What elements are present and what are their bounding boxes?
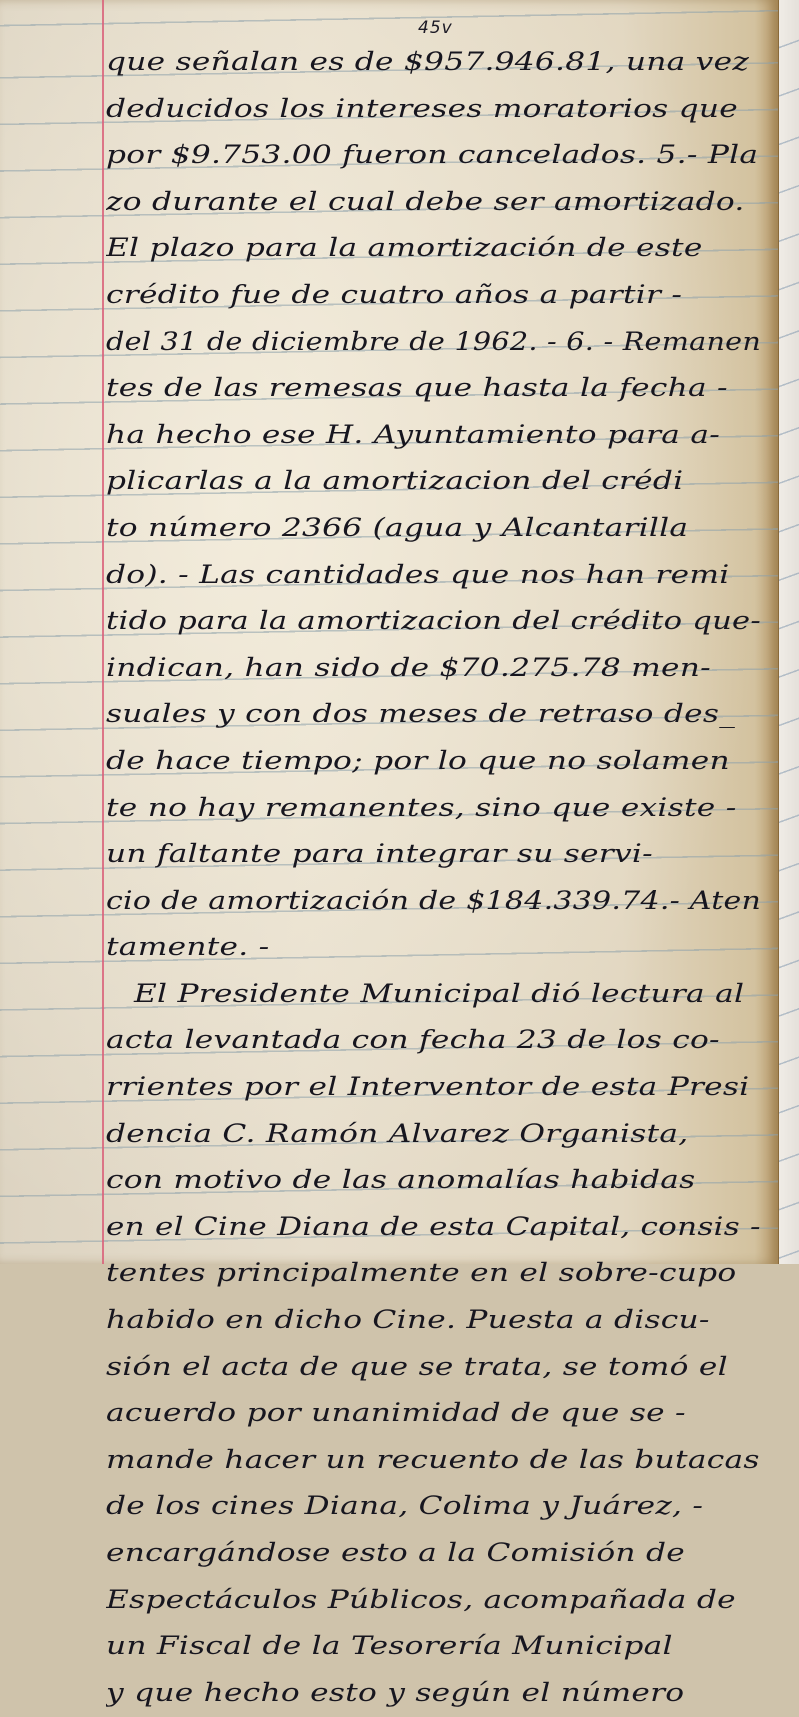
- ledger-page: 45v que señalan es de $957.946.81, una v…: [0, 0, 778, 1264]
- page-number: 45v: [418, 18, 453, 38]
- text-line: suales y con dos meses de retraso des_: [106, 692, 766, 739]
- text-line: El plazo para la amortización de este: [106, 226, 766, 273]
- text-line: que señalan es de $957.946.81, una vez: [106, 40, 766, 87]
- text-line: tamente. -: [106, 925, 766, 972]
- text-line: ha hecho ese H. Ayuntamiento para a-: [106, 413, 766, 460]
- text-line: con motivo de las anomalías habidas: [106, 1158, 766, 1205]
- text-line: te no hay remanentes, sino que existe -: [106, 786, 766, 833]
- text-line: rrientes por el Interventor de esta Pres…: [106, 1065, 766, 1112]
- handwritten-text-block: que señalan es de $957.946.81, una vez d…: [106, 40, 766, 1264]
- text-line: en el Cine Diana de esta Capital, consis…: [106, 1205, 766, 1252]
- text-line: dencia C. Ramón Alvarez Organista,: [106, 1112, 766, 1159]
- text-line: crédito fue de cuatro años a partir -: [106, 273, 766, 320]
- next-page-edge: [778, 0, 799, 1264]
- red-margin-line: [102, 0, 104, 1264]
- text-line: tentes principalmente en el sobre-cupo: [106, 1251, 766, 1264]
- text-line: del 31 de diciembre de 1962. - 6. - Rema…: [106, 320, 766, 367]
- text-line: cio de amortización de $184.339.74.- Ate…: [106, 879, 766, 926]
- text-line: indican, han sido de $70.275.78 men-: [106, 646, 766, 693]
- text-line-paragraph-start: El Presidente Municipal dió lectura al: [106, 972, 766, 1019]
- text-line: plicarlas a la amortizacion del crédi: [106, 459, 766, 506]
- text-line: zo durante el cual debe ser amortizado.: [106, 180, 766, 227]
- text-line: acta levantada con fecha 23 de los co-: [106, 1018, 766, 1065]
- text-line: tido para la amortizacion del crédito qu…: [106, 599, 766, 646]
- text-line: do). - Las cantidades que nos han remi: [106, 553, 766, 600]
- text-line: deducidos los intereses moratorios que: [106, 87, 766, 134]
- text-line: un faltante para integrar su servi-: [106, 832, 766, 879]
- text-line: por $9.753.00 fueron cancelados. 5.- Pla: [106, 133, 766, 180]
- text-line: de hace tiempo; por lo que no solamen: [106, 739, 766, 786]
- text-line: to número 2366 (agua y Alcantarilla: [106, 506, 766, 553]
- text-line: tes de las remesas que hasta la fecha -: [106, 366, 766, 413]
